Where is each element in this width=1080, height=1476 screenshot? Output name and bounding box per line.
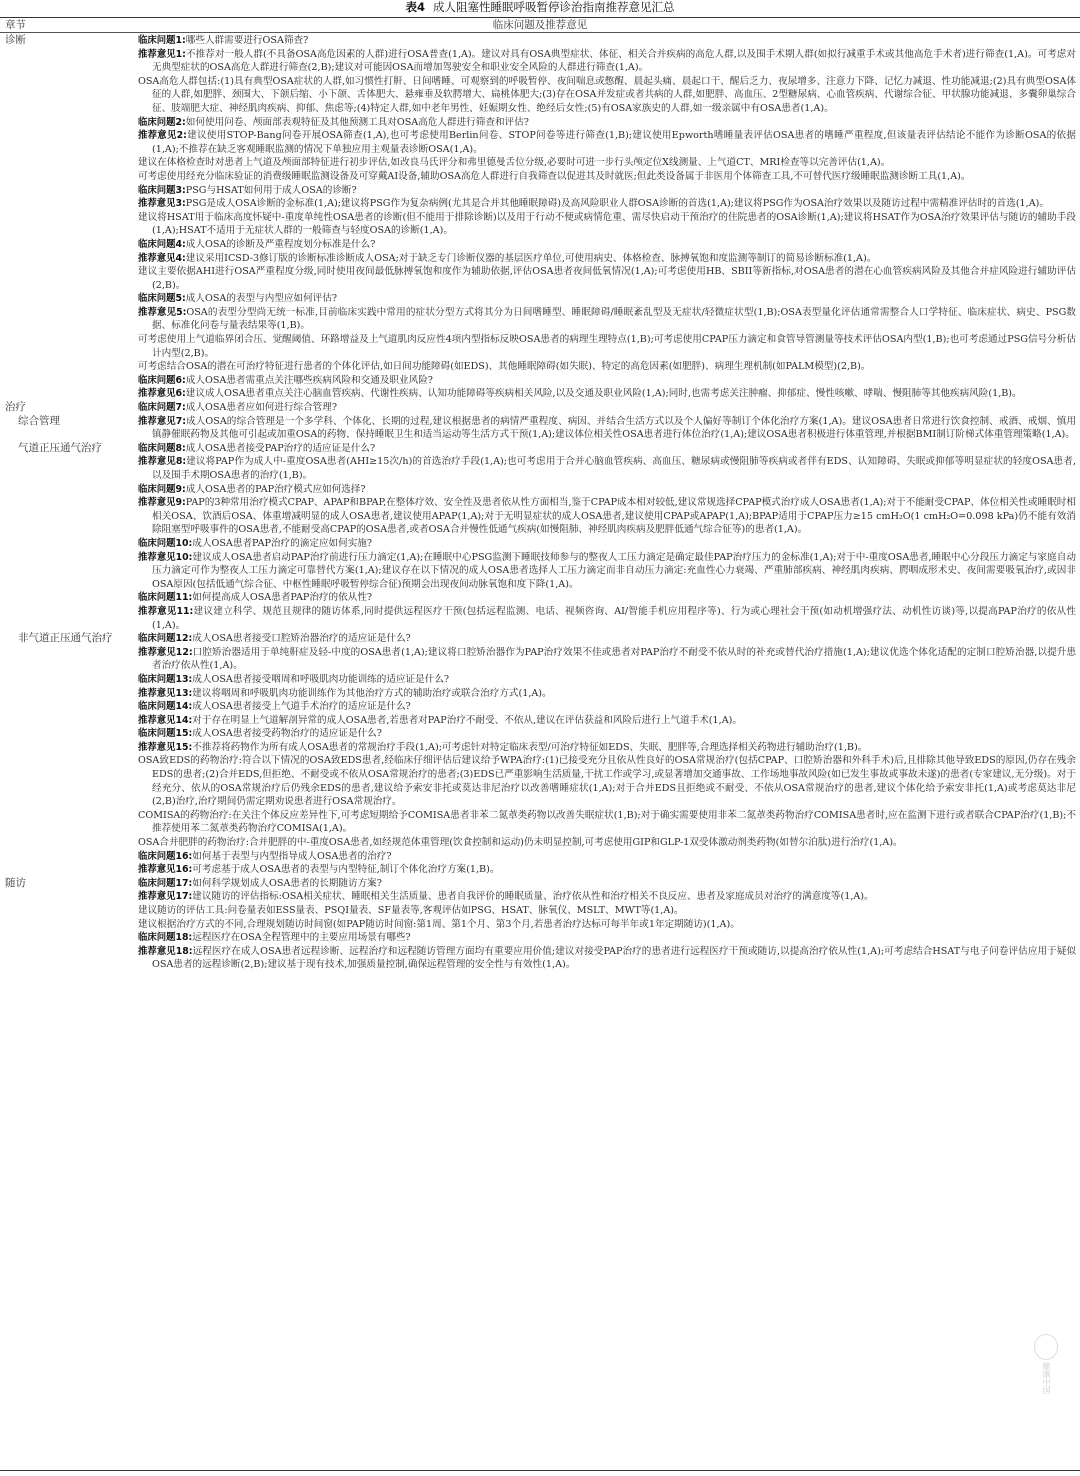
item-label: 推荐意见1: <box>138 49 186 60</box>
recommendation: 推荐意见1:不推荐对一般人群(不具备OSA高危因素的人群)进行OSA普查(1,A… <box>138 48 1076 75</box>
item-text: 口腔矫治器适用于单纯鼾症及轻-中度的OSA患者(1,A);建议将口腔矫治器作为P… <box>152 647 1076 672</box>
item-label: 临床问题6: <box>138 375 186 386</box>
item-label: 临床问题12: <box>138 633 192 644</box>
item-text: OSA致EDS的药物治疗:符合以下情况的OSA致EDS患者,经临床仔细评估后建议… <box>138 755 1076 807</box>
item-text: OSA的表型分型尚无统一标准,目前临床实践中常用的症状分型方式将其分为日间嗜睡型… <box>152 307 1076 332</box>
recommendation: 推荐意见17:建议随访的评估指标:OSA相关症状、睡眠相关生活质量、患者自我评价… <box>138 890 1076 904</box>
item-label: 推荐意见13: <box>138 688 192 699</box>
recommendation: 推荐意见15:不推荐将药物作为所有成人OSA患者的常规治疗手段(1,A);可考虑… <box>138 741 1076 755</box>
content-cell: 推荐意见7:成人OSA的综合管理是一个多学科、个体化、长期的过程,建议根据患者的… <box>138 415 1080 442</box>
recommendation: 推荐意见13:建议将咽周和呼吸肌肉功能训练作为其他治疗方式的辅助治疗或联合治疗方… <box>138 687 1076 701</box>
item-text: 成人OSA患者接受药物治疗的适应证是什么? <box>192 728 382 739</box>
recommendation: 推荐意见5:OSA的表型分型尚无统一标准,目前临床实践中常用的症状分型方式将其分… <box>138 306 1076 333</box>
item-text: 可考虑结合OSA的潜在可治疗特征进行患者的个体化评估,如日间功能障碍(如EDS)… <box>138 361 870 372</box>
item-text: 建议成人OSA患者启动PAP治疗前进行压力滴定(1,A);在睡眠中心PSG监测下… <box>152 552 1076 590</box>
item-text: 成人OSA患者的PAP治疗模式应如何选择? <box>186 484 366 495</box>
item-text: 建议建立科学、规范且规律的随访体系,同时提供远程医疗干预(包括远程监测、电话、视… <box>152 606 1076 631</box>
item-text: 建议成人OSA患者重点关注心脑血管疾病、代谢性疾病、认知功能障碍等疾病相关风险,… <box>186 388 1022 399</box>
clinical-question: 临床问题18:远程医疗在OSA全程管理中的主要应用场景有哪些? <box>138 931 1076 945</box>
supplementary-note: OSA合并肥胖的药物治疗:合并肥胖的中-重度OSA患者,如经规范体重管理(饮食控… <box>138 836 1076 850</box>
section-label: 气道正压通气治疗 <box>0 442 138 632</box>
item-label: 推荐意见5: <box>138 307 186 318</box>
table-title: 表4成人阻塞性睡眠呼吸暂停诊治指南推荐意见汇总 <box>0 0 1080 14</box>
item-label: 推荐意见4: <box>138 253 186 264</box>
item-text: 成人OSA的诊断及严重程度划分标准是什么? <box>186 239 376 250</box>
table-row: 非气道正压通气治疗临床问题12:成人OSA患者接受口腔矫治器治疗的适应证是什么?… <box>0 632 1080 877</box>
item-label: 推荐意见8: <box>138 456 186 467</box>
section-label: 随访 <box>0 877 138 972</box>
item-text: 可考虑基于成人OSA患者的表型与内型特征,制订个体化治疗方案(1,B)。 <box>192 864 499 875</box>
clinical-question: 临床问题3:PSG与HSAT如何用于成人OSA的诊断? <box>138 184 1076 198</box>
item-text: PSG是成人OSA诊断的金标准(1,A);建议将PSG作为复杂病例(尤其是合并其… <box>186 198 1049 209</box>
item-label: 推荐意见12: <box>138 647 193 658</box>
item-text: 远程医疗在OSA全程管理中的主要应用场景有哪些? <box>192 932 410 943</box>
supplementary-note: 建议随访的评估工具:问卷量表如ESS量表、PSQI量表、SF量表等,客观评估如P… <box>138 904 1076 918</box>
item-label: 推荐意见9: <box>138 497 186 508</box>
clinical-question: 临床问题13:成人OSA患者接受咽周和呼吸肌肉功能训练的适应证是什么? <box>138 673 1076 687</box>
item-label: 推荐意见6: <box>138 388 186 399</box>
recommendation: 推荐意见9:PAP的3种常用治疗模式CPAP、APAP和BPAP,在整体疗效、安… <box>138 496 1076 537</box>
item-label: 推荐意见17: <box>138 891 192 902</box>
item-label: 临床问题16: <box>138 851 192 862</box>
content-cell: 临床问题1:哪些人群需要进行OSA筛查?推荐意见1:不推荐对一般人群(不具备OS… <box>138 34 1080 401</box>
item-text: 不推荐将药物作为所有成人OSA患者的常规治疗手段(1,A);可考虑针对特定临床表… <box>192 742 867 753</box>
item-label: 临床问题13: <box>138 674 192 685</box>
item-text: 建议采用ICSD-3修订版的诊断标准诊断成人OSA;对于缺乏专门诊断仪器的基层医… <box>186 253 877 264</box>
recommendation: 推荐意见6:建议成人OSA患者重点关注心脑血管疾病、代谢性疾病、认知功能障碍等疾… <box>138 387 1076 401</box>
item-text: PSG与HSAT如何用于成人OSA的诊断? <box>186 185 357 196</box>
item-text: 如何科学规划成人OSA患者的长期随访方案? <box>192 878 382 889</box>
item-text: PAP的3种常用治疗模式CPAP、APAP和BPAP,在整体疗效、安全性及患者依… <box>152 497 1076 535</box>
item-text: 如何基于表型与内型指导成人OSA患者的治疗? <box>192 851 391 862</box>
clinical-question: 临床问题2:如何使用问卷、颅面部表观特征及其他预测工具对OSA高危人群进行筛查和… <box>138 116 1076 130</box>
recommendation: 推荐意见11:建议建立科学、规范且规律的随访体系,同时提供远程医疗干预(包括远程… <box>138 605 1076 632</box>
item-text: 远程医疗在成人OSA患者远程诊断、远程治疗和远程随访管理方面均有重要应用价值;建… <box>152 946 1076 971</box>
section-label: 非气道正压通气治疗 <box>0 632 138 877</box>
clinical-question: 临床问题15:成人OSA患者接受药物治疗的适应证是什么? <box>138 727 1076 741</box>
item-text: 成人OSA的综合管理是一个多学科、个体化、长期的过程,建议根据患者的病情严重程度… <box>152 416 1076 441</box>
header-rule <box>0 32 1080 33</box>
item-label: 临床问题18: <box>138 932 192 943</box>
item-text: 成人OSA患者接受PAP治疗的适应证是什么? <box>186 443 375 454</box>
clinical-question: 临床问题10:成人OSA患者PAP治疗的滴定应如何实施? <box>138 537 1076 551</box>
item-label: 推荐意见18: <box>138 946 193 957</box>
table-row: 治疗临床问题7:成人OSA患者应如何进行综合管理? <box>0 401 1080 415</box>
supplementary-note: OSA高危人群包括:(1)具有典型OSA症状的人群,如习惯性打鼾、日间嗜睡、可观… <box>138 75 1076 116</box>
bottom-rule <box>0 1470 1080 1471</box>
item-text: 建议将咽周和呼吸肌肉功能训练作为其他治疗方式的辅助治疗或联合治疗方式(1,A)。 <box>192 688 551 699</box>
column-header-content: 临床问题及推荐意见 <box>0 18 1080 32</box>
seal-stamp-icon <box>1034 1334 1058 1360</box>
recommendation: 推荐意见10:建议成人OSA患者启动PAP治疗前进行压力滴定(1,A);在睡眠中… <box>138 551 1076 592</box>
recommendation: 推荐意见7:成人OSA的综合管理是一个多学科、个体化、长期的过程,建议根据患者的… <box>138 415 1076 442</box>
recommendation: 推荐意见12:口腔矫治器适用于单纯鼾症及轻-中度的OSA患者(1,A);建议将口… <box>138 646 1076 673</box>
content-cell: 临床问题7:成人OSA患者应如何进行综合管理? <box>138 401 1080 415</box>
section-label: 综合管理 <box>0 415 138 442</box>
item-label: 推荐意见10: <box>138 552 192 563</box>
clinical-question: 临床问题12:成人OSA患者接受口腔矫治器治疗的适应证是什么? <box>138 632 1076 646</box>
item-text: 建议根据治疗方式的不同,合理规划随访时间窗(如PAP随访时间窗:第1周、第1个月… <box>138 919 740 930</box>
item-label: 推荐意见14: <box>138 715 192 726</box>
clinical-question: 临床问题17:如何科学规划成人OSA患者的长期随访方案? <box>138 877 1076 891</box>
item-label: 推荐意见11: <box>138 606 193 617</box>
item-text: 成人OSA患者接受咽周和呼吸肌肉功能训练的适应证是什么? <box>192 674 449 685</box>
clinical-question: 临床问题7:成人OSA患者应如何进行综合管理? <box>138 401 1076 415</box>
item-label: 临床问题11: <box>138 592 192 603</box>
item-label: 临床问题15: <box>138 728 192 739</box>
item-text: 成人OSA患者需重点关注哪些疾病风险和交通及职业风险? <box>186 375 433 386</box>
item-label: 临床问题4: <box>138 239 186 250</box>
item-text: 如何提高成人OSA患者PAP治疗的依从性? <box>192 592 372 603</box>
content-cell: 临床问题17:如何科学规划成人OSA患者的长期随访方案?推荐意见17:建议随访的… <box>138 877 1080 972</box>
item-text: 不推荐对一般人群(不具备OSA高危因素的人群)进行OSA普查(1,A)。建议对具… <box>152 49 1076 74</box>
item-text: OSA高危人群包括:(1)具有典型OSA症状的人群,如习惯性打鼾、日间嗜睡、可观… <box>138 76 1076 114</box>
item-label: 推荐意见7: <box>138 416 186 427</box>
item-label: 推荐意见3: <box>138 198 186 209</box>
item-text: 建议在体格检查时对患者上气道及颅面部特征进行初步评估,如改良马氏评分和弗里德曼舌… <box>138 157 890 168</box>
recommendation: 推荐意见4:建议采用ICSD-3修订版的诊断标准诊断成人OSA;对于缺乏专门诊断… <box>138 252 1076 266</box>
clinical-question: 临床问题8:成人OSA患者接受PAP治疗的适应证是什么? <box>138 442 1076 456</box>
item-text: 对于存在明显上气道解剖异常的成人OSA患者,若患者对PAP治疗不耐受、不依从,建… <box>192 715 742 726</box>
supplementary-note: 建议根据治疗方式的不同,合理规划随访时间窗(如PAP随访时间窗:第1周、第1个月… <box>138 918 1076 932</box>
item-text: 哪些人群需要进行OSA筛查? <box>186 35 308 46</box>
supplementary-note: COMISA的药物治疗:在关注个体反应差异性下,可考虑短期给予COMISA患者非… <box>138 809 1076 836</box>
clinical-question: 临床问题14:成人OSA患者接受上气道手术治疗的适应证是什么? <box>138 700 1076 714</box>
recommendation: 推荐意见3:PSG是成人OSA诊断的金标准(1,A);建议将PSG作为复杂病例(… <box>138 197 1076 211</box>
item-text: 建议随访的评估指标:OSA相关症状、睡眠相关生活质量、患者自我评价的睡眠质量、治… <box>192 891 873 902</box>
item-text: COMISA的药物治疗:在关注个体反应差异性下,可考虑短期给予COMISA患者非… <box>138 810 1076 835</box>
table-row: 随访临床问题17:如何科学规划成人OSA患者的长期随访方案?推荐意见17:建议随… <box>0 877 1080 972</box>
item-label: 临床问题17: <box>138 878 192 889</box>
item-text: OSA合并肥胖的药物治疗:合并肥胖的中-重度OSA患者,如经规范体重管理(饮食控… <box>138 837 903 848</box>
item-text: 建议随访的评估工具:问卷量表如ESS量表、PSQI量表、SF量表等,客观评估如P… <box>138 905 684 916</box>
table-row: 诊断临床问题1:哪些人群需要进行OSA筛查?推荐意见1:不推荐对一般人群(不具备… <box>0 34 1080 401</box>
item-label: 推荐意见2: <box>138 130 187 141</box>
item-label: 临床问题3: <box>138 185 186 196</box>
item-label: 临床问题10: <box>138 538 192 549</box>
table-row: 气道正压通气治疗临床问题8:成人OSA患者接受PAP治疗的适应证是什么?推荐意见… <box>0 442 1080 632</box>
clinical-question: 临床问题5:成人OSA的表型与内型应如何评估? <box>138 292 1076 306</box>
clinical-question: 临床问题1:哪些人群需要进行OSA筛查? <box>138 34 1076 48</box>
item-text: 成人OSA患者接受上气道手术治疗的适应证是什么? <box>192 701 410 712</box>
supplementary-note: 建议在体格检查时对患者上气道及颅面部特征进行初步评估,如改良马氏评分和弗里德曼舌… <box>138 156 1076 170</box>
content-cell: 临床问题8:成人OSA患者接受PAP治疗的适应证是什么?推荐意见8:建议将PAP… <box>138 442 1080 632</box>
clinical-question: 临床问题9:成人OSA患者的PAP治疗模式应如何选择? <box>138 483 1076 497</box>
item-label: 临床问题8: <box>138 443 186 454</box>
item-text: 可考虑使用上气道临界闭合压、觉醒阈值、环路增益及上气道肌肉反应性4项内型指标反映… <box>138 334 1076 359</box>
item-text: 建议将HSAT用于临床高度怀疑中-重度单纯性OSA患者的诊断(但不能用于排除诊断… <box>138 212 1076 237</box>
item-text: 建议将PAP作为成人中-重度OSA患者(AHI≥15次/h)的首选治疗手段(1,… <box>152 456 1076 481</box>
section-label: 诊断 <box>0 34 138 401</box>
content-cell: 临床问题12:成人OSA患者接受口腔矫治器治疗的适应证是什么?推荐意见12:口腔… <box>138 632 1080 877</box>
supplementary-note: OSA致EDS的药物治疗:符合以下情况的OSA致EDS患者,经临床仔细评估后建议… <box>138 754 1076 808</box>
supplementary-note: 可考虑结合OSA的潜在可治疗特征进行患者的个体化评估,如日间功能障碍(如EDS)… <box>138 360 1076 374</box>
supplementary-note: 建议主要依据AHI进行OSA严重程度分级,同时使用夜间最低脉搏氧饱和度作为辅助依… <box>138 265 1076 292</box>
table-caption: 成人阻塞性睡眠呼吸暂停诊治指南推荐意见汇总 <box>433 0 675 14</box>
recommendation: 推荐意见8:建议将PAP作为成人中-重度OSA患者(AHI≥15次/h)的首选治… <box>138 455 1076 482</box>
item-text: 成人OSA患者接受口腔矫治器治疗的适应证是什么? <box>192 633 410 644</box>
item-label: 临床问题1: <box>138 35 186 46</box>
item-text: 可考虑使用经充分临床验证的消费级睡眠监测设备及可穿戴AI设备,辅助OSA高危人群… <box>138 171 970 182</box>
item-label: 临床问题9: <box>138 484 186 495</box>
item-label: 推荐意见15: <box>138 742 192 753</box>
item-text: 成人OSA患者应如何进行综合管理? <box>186 402 337 413</box>
item-text: 建议使用STOP-Bang问卷开展OSA筛查(1,A),也可考虑使用Berlin… <box>152 130 1076 155</box>
section-label: 治疗 <box>0 401 138 415</box>
supplementary-note: 建议将HSAT用于临床高度怀疑中-重度单纯性OSA患者的诊断(但不能用于排除诊断… <box>138 211 1076 238</box>
item-text: 建议主要依据AHI进行OSA严重程度分级,同时使用夜间最低脉搏氧饱和度作为辅助依… <box>138 266 1076 291</box>
recommendation: 推荐意见16:可考虑基于成人OSA患者的表型与内型特征,制订个体化治疗方案(1,… <box>138 863 1076 877</box>
item-label: 推荐意见16: <box>138 864 192 875</box>
item-text: 成人OSA患者PAP治疗的滴定应如何实施? <box>192 538 372 549</box>
clinical-question: 临床问题11:如何提高成人OSA患者PAP治疗的依从性? <box>138 591 1076 605</box>
item-label: 临床问题2: <box>138 117 186 128</box>
clinical-question: 临床问题6:成人OSA患者需重点关注哪些疾病风险和交通及职业风险? <box>138 374 1076 388</box>
supplementary-note: 可考虑使用经充分临床验证的消费级睡眠监测设备及可穿戴AI设备,辅助OSA高危人群… <box>138 170 1076 184</box>
recommendation-table: 诊断临床问题1:哪些人群需要进行OSA筛查?推荐意见1:不推荐对一般人群(不具备… <box>0 34 1080 972</box>
item-label: 临床问题7: <box>138 402 186 413</box>
table-row: 综合管理推荐意见7:成人OSA的综合管理是一个多学科、个体化、长期的过程,建议根… <box>0 415 1080 442</box>
recommendation: 推荐意见18:远程医疗在成人OSA患者远程诊断、远程治疗和远程随访管理方面均有重… <box>138 945 1076 972</box>
clinical-question: 临床问题16:如何基于表型与内型指导成人OSA患者的治疗? <box>138 850 1076 864</box>
item-label: 临床问题14: <box>138 701 192 712</box>
clinical-question: 临床问题4:成人OSA的诊断及严重程度划分标准是什么? <box>138 238 1076 252</box>
table-number: 表4 <box>405 0 425 14</box>
watermark-text: 健康中国 <box>1040 1362 1052 1394</box>
recommendation: 推荐意见2:建议使用STOP-Bang问卷开展OSA筛查(1,A),也可考虑使用… <box>138 129 1076 156</box>
supplementary-note: 可考虑使用上气道临界闭合压、觉醒阈值、环路增益及上气道肌肉反应性4项内型指标反映… <box>138 333 1076 360</box>
item-text: 成人OSA的表型与内型应如何评估? <box>186 293 337 304</box>
recommendation: 推荐意见14:对于存在明显上气道解剖异常的成人OSA患者,若患者对PAP治疗不耐… <box>138 714 1076 728</box>
item-text: 如何使用问卷、颅面部表观特征及其他预测工具对OSA高危人群进行筛查和评估? <box>186 117 529 128</box>
item-label: 临床问题5: <box>138 293 186 304</box>
